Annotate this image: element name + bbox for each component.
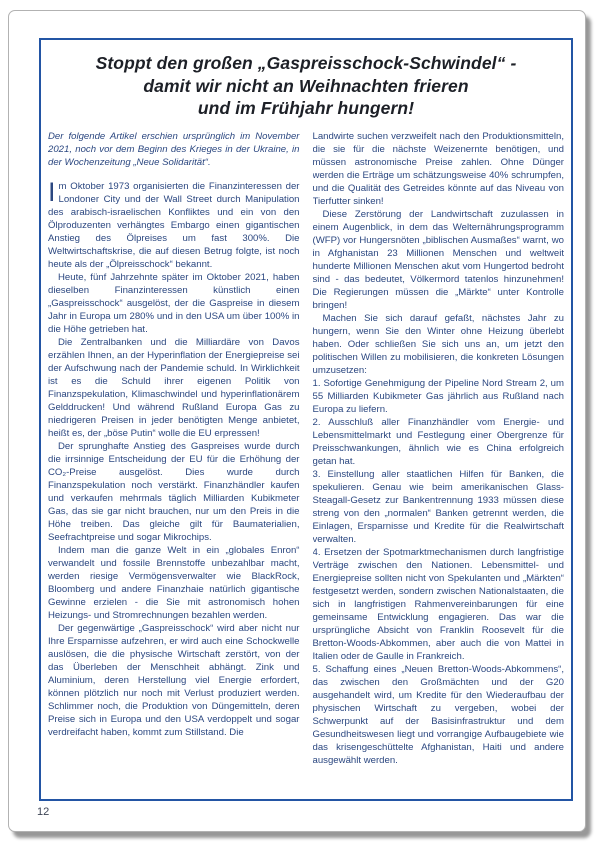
paragraph: Im Oktober 1973 organisierten die Finanz… xyxy=(48,180,300,271)
drop-cap: I xyxy=(48,180,59,204)
list-item: 3. Einstellung aller staatlichen Hilfen … xyxy=(313,468,565,546)
article-title-line: Stoppt den großen „Gaspreisschock-Schwin… xyxy=(48,52,564,75)
page-number: 12 xyxy=(37,806,49,818)
paragraph: Diese Zerstörung der Landwirtschaft zuzu… xyxy=(313,208,565,312)
paragraph: Der sprunghafte Anstieg des Gaspreises w… xyxy=(48,440,300,544)
paragraph: Indem man die ganze Welt in ein „globale… xyxy=(48,544,300,622)
right-column: Landwirte suchen verzweifelt nach den Pr… xyxy=(313,130,565,798)
list-item: 4. Ersetzen der Spotmarktmechanismen dur… xyxy=(313,546,565,663)
article-border-frame: Stoppt den großen „Gaspreisschock-Schwin… xyxy=(39,38,573,801)
document-canvas: Stoppt den großen „Gaspreisschock-Schwin… xyxy=(0,0,600,849)
paragraph: Landwirte suchen verzweifelt nach den Pr… xyxy=(313,130,565,208)
paragraph: Heute, fünf Jahrzehnte später im Oktober… xyxy=(48,271,300,336)
paragraph: Die Zentralbanken und die Milliardäre vo… xyxy=(48,336,300,440)
article-title: Stoppt den großen „Gaspreisschock-Schwin… xyxy=(48,52,564,120)
paragraph: Der gegenwärtige „Gaspreisschock“ wird a… xyxy=(48,622,300,739)
list-item: 1. Sofortige Genehmigung der Pipeline No… xyxy=(313,377,565,416)
intro-paragraph: Der folgende Artikel erschien ursprüngli… xyxy=(48,130,300,169)
paragraph: Machen Sie sich darauf gefaßt, nächstes … xyxy=(313,312,565,377)
two-column-body: Der folgende Artikel erschien ursprüngli… xyxy=(48,130,564,798)
list-item: 5. Schaffung eines „Neuen Bretton-Woods-… xyxy=(313,663,565,767)
article-title-line: damit wir nicht an Weihnachten frieren xyxy=(48,75,564,98)
paragraph-text: m Oktober 1973 organisierten die Finanzi… xyxy=(48,181,300,270)
list-item: 2. Ausschluß aller Finanzhändler vom Ene… xyxy=(313,416,565,468)
article-title-line: und im Frühjahr hungern! xyxy=(48,97,564,120)
scanned-page: Stoppt den großen „Gaspreisschock-Schwin… xyxy=(8,10,586,832)
left-column: Der folgende Artikel erschien ursprüngli… xyxy=(48,130,300,798)
